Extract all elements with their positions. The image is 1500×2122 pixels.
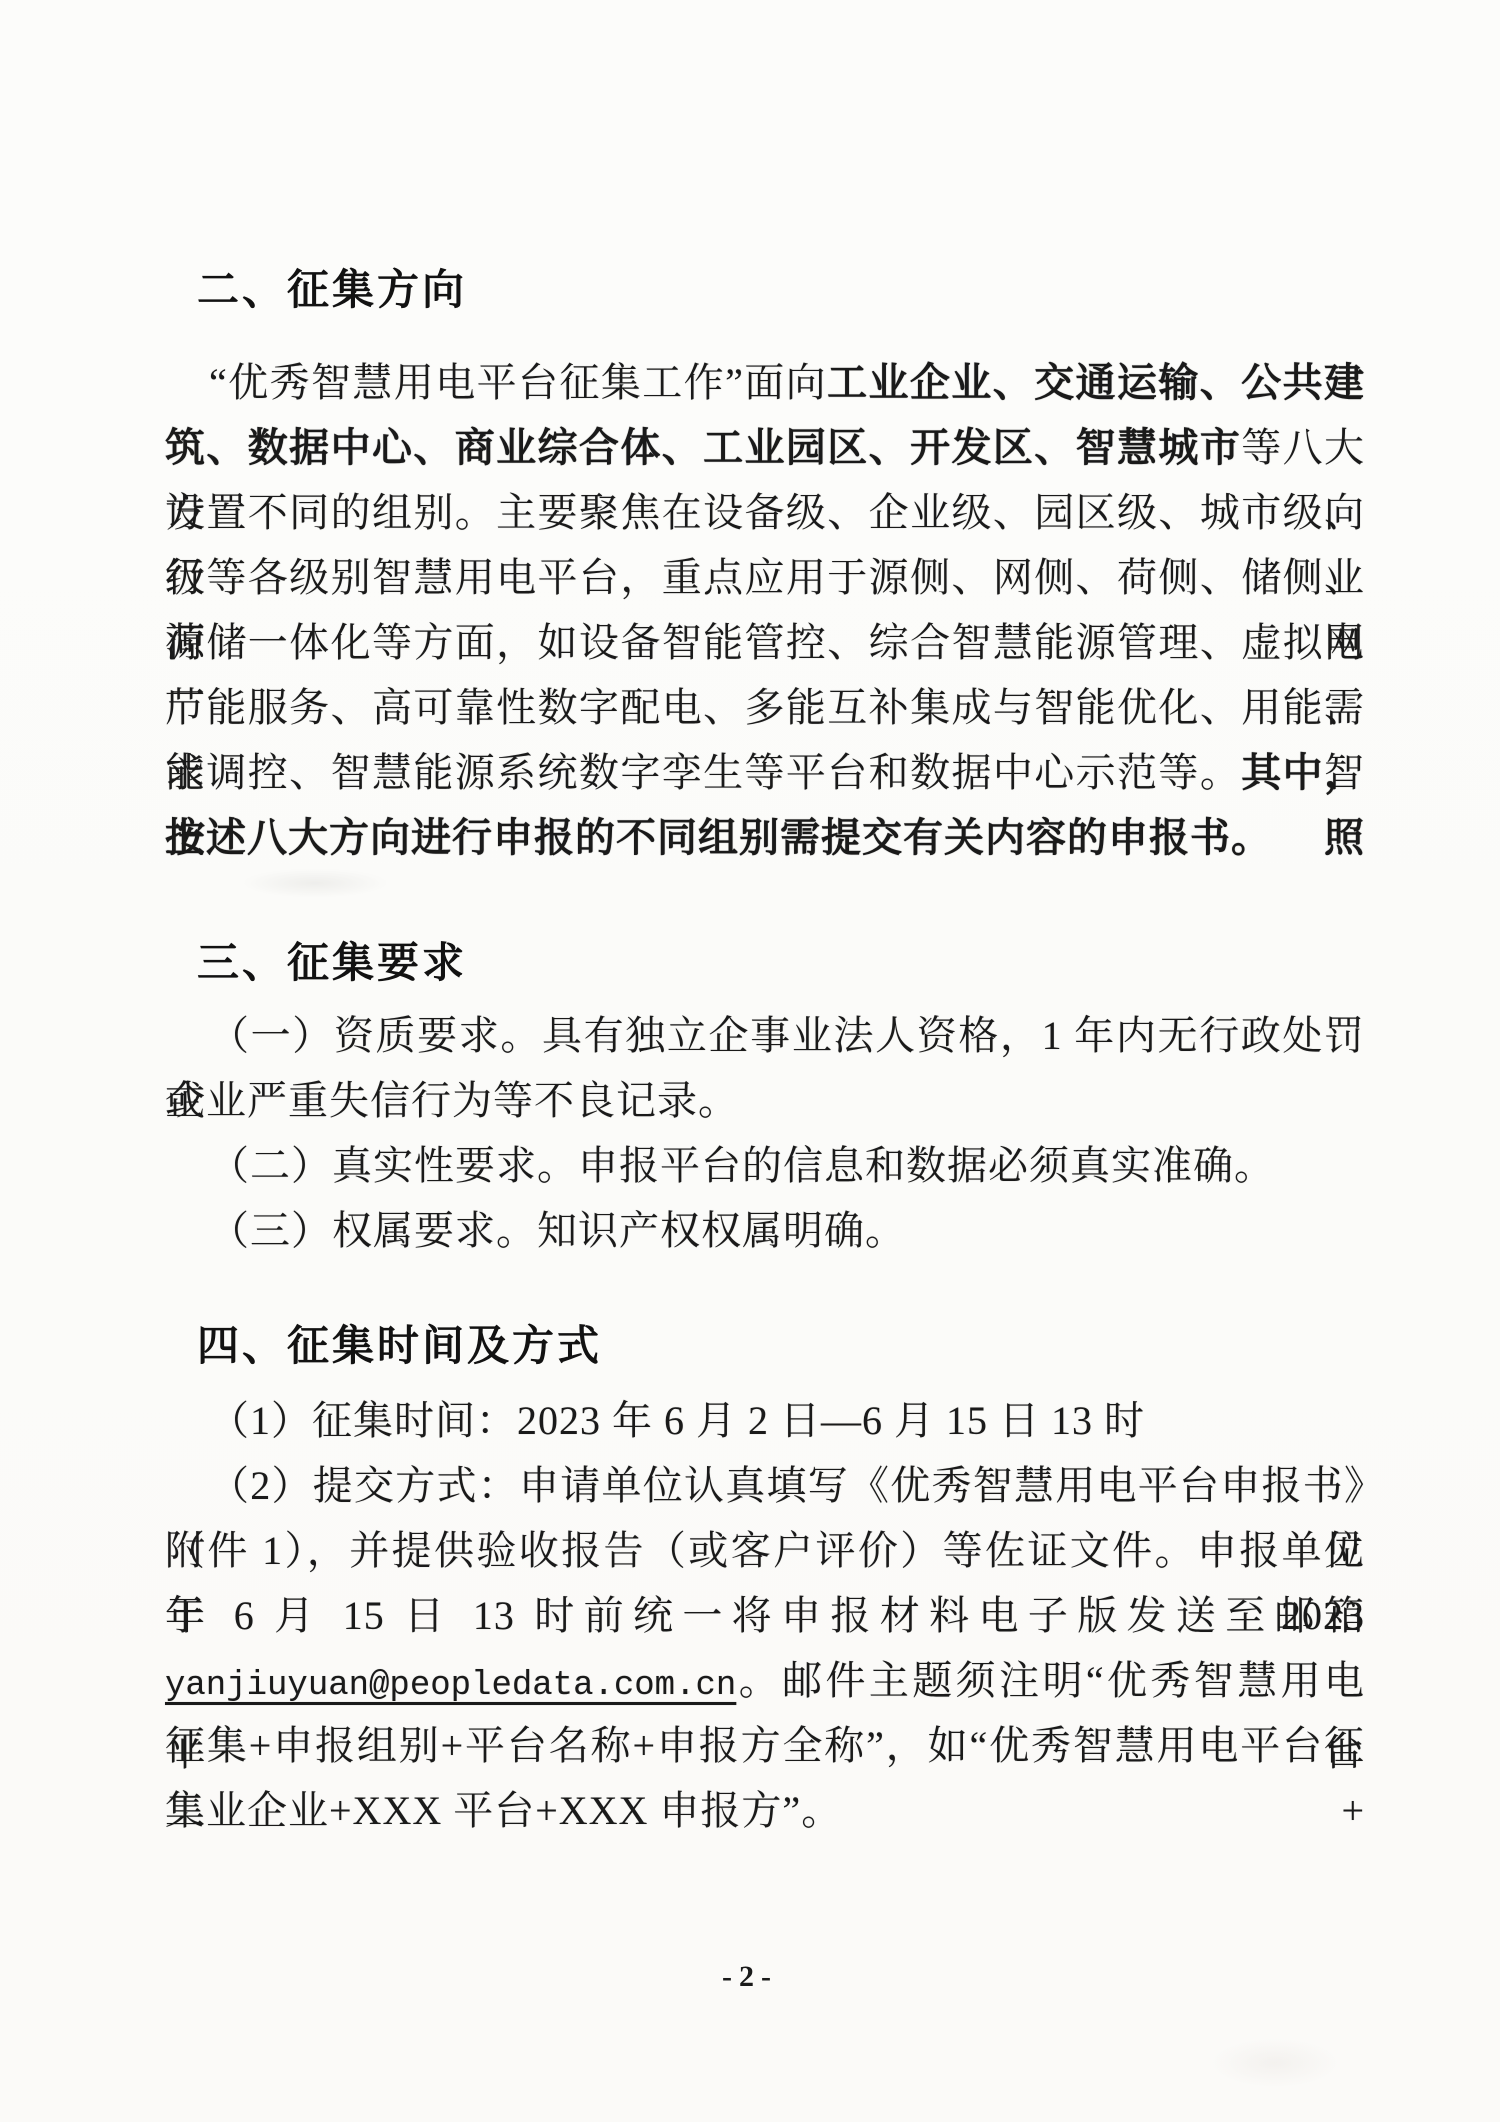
text-line: 设置不同的组别。主要聚焦在设备级、企业级、园区级、城市级、行业 xyxy=(165,480,1365,545)
text-segment-bold: 筑、数据中心、商业综合体、工业园区、开发区、智慧城市 xyxy=(165,425,1241,470)
text-segment: “优秀智慧用电平台征集工作”面向 xyxy=(209,360,827,405)
text-line: 上述八大方向进行申报的不同组别需提交有关内容的申报书。 xyxy=(165,805,1365,870)
section-3-items: （一）资质要求。具有独立企事业法人资格，1 年内无行政处罚或 企业严重失信行为等… xyxy=(165,1003,1365,1263)
text-line: 节能服务、高可靠性数字配电、多能互补集成与智能优化、用能需求智 xyxy=(165,675,1365,740)
text-segment: 年 6 月 15 日 13 时前统一将申报材料电子版发送至邮箱 xyxy=(165,1593,1365,1638)
text-segment: 能调控、智慧能源系统数字孪生等平台和数据中心示范等。 xyxy=(165,750,1241,795)
text-line: “优秀智慧用电平台征集工作”面向工业企业、交通运输、公共建 xyxy=(165,350,1365,415)
section-3-heading: 三、征集要求 xyxy=(165,935,1365,993)
text-line: 年 6 月 15 日 13 时前统一将申报材料电子版发送至邮箱 xyxy=(165,1583,1365,1648)
text-line: （二）真实性要求。申报平台的信息和数据必须真实准确。 xyxy=(165,1133,1365,1198)
section-4-items: （1）征集时间：2023 年 6 月 2 日—6 月 15 日 13 时 （2）… xyxy=(165,1388,1365,1843)
scan-smudge xyxy=(1210,2038,1340,2088)
document-page: 二、征集方向 “优秀智慧用电平台征集工作”面向工业企业、交通运输、公共建 筑、数… xyxy=(0,0,1500,2122)
text-line: 征集+申报组别+平台名称+申报方全称”，如“优秀智慧用电平台征集+ xyxy=(165,1713,1365,1778)
text-segment-bold: 上述八大方向进行申报的不同组别需提交有关内容的申报书。 xyxy=(165,815,1272,860)
text-line: yanjiuyuan@peopledata.com.cn。邮件主题须注明“优秀智… xyxy=(165,1648,1365,1713)
text-line: （2）提交方式：申请单位认真填写《优秀智慧用电平台申报书》（见 xyxy=(165,1453,1365,1518)
text-segment: （三）权属要求。知识产权权属明确。 xyxy=(209,1208,906,1253)
text-line: （一）资质要求。具有独立企事业法人资格，1 年内无行政处罚或 xyxy=(165,1003,1365,1068)
text-line: （1）征集时间：2023 年 6 月 2 日—6 月 15 日 13 时 xyxy=(165,1388,1365,1453)
text-segment: （1）征集时间：2023 年 6 月 2 日—6 月 15 日 13 时 xyxy=(209,1398,1145,1443)
text-segment: （二）真实性要求。申报平台的信息和数据必须真实准确。 xyxy=(209,1143,1275,1188)
text-line: 荷储一体化等方面，如设备智能管控、综合智慧能源管理、虚拟电厂、 xyxy=(165,610,1365,675)
text-line: 能调控、智慧能源系统数字孪生等平台和数据中心示范等。其中，按照 xyxy=(165,740,1365,805)
text-line: 附件 1），并提供验收报告（或客户评价）等佐证文件。申报单位于 2023 xyxy=(165,1518,1365,1583)
text-line: 筑、数据中心、商业综合体、工业园区、开发区、智慧城市等八大方向 xyxy=(165,415,1365,480)
email-address: yanjiuyuan@peopledata.com.cn xyxy=(165,1667,736,1705)
text-segment: 企业严重失信行为等不良记录。 xyxy=(165,1078,739,1123)
page-number: -2- xyxy=(0,1960,1500,1994)
text-line: （三）权属要求。知识产权权属明确。 xyxy=(165,1198,1365,1263)
text-segment-bold: 工业企业、交通运输、公共建 xyxy=(827,360,1365,405)
page-content: 二、征集方向 “优秀智慧用电平台征集工作”面向工业企业、交通运输、公共建 筑、数… xyxy=(165,262,1365,1843)
text-line: 级等各级别智慧用电平台，重点应用于源侧、网侧、荷侧、储侧、源网 xyxy=(165,545,1365,610)
text-line: 企业严重失信行为等不良记录。 xyxy=(165,1068,1365,1133)
section-4-heading: 四、征集时间及方式 xyxy=(165,1318,1365,1376)
section-2-heading: 二、征集方向 xyxy=(165,262,1365,320)
text-segment: 工业企业+XXX 平台+XXX 申报方”。 xyxy=(165,1788,842,1833)
section-2-paragraph: “优秀智慧用电平台征集工作”面向工业企业、交通运输、公共建 筑、数据中心、商业综… xyxy=(165,350,1365,870)
